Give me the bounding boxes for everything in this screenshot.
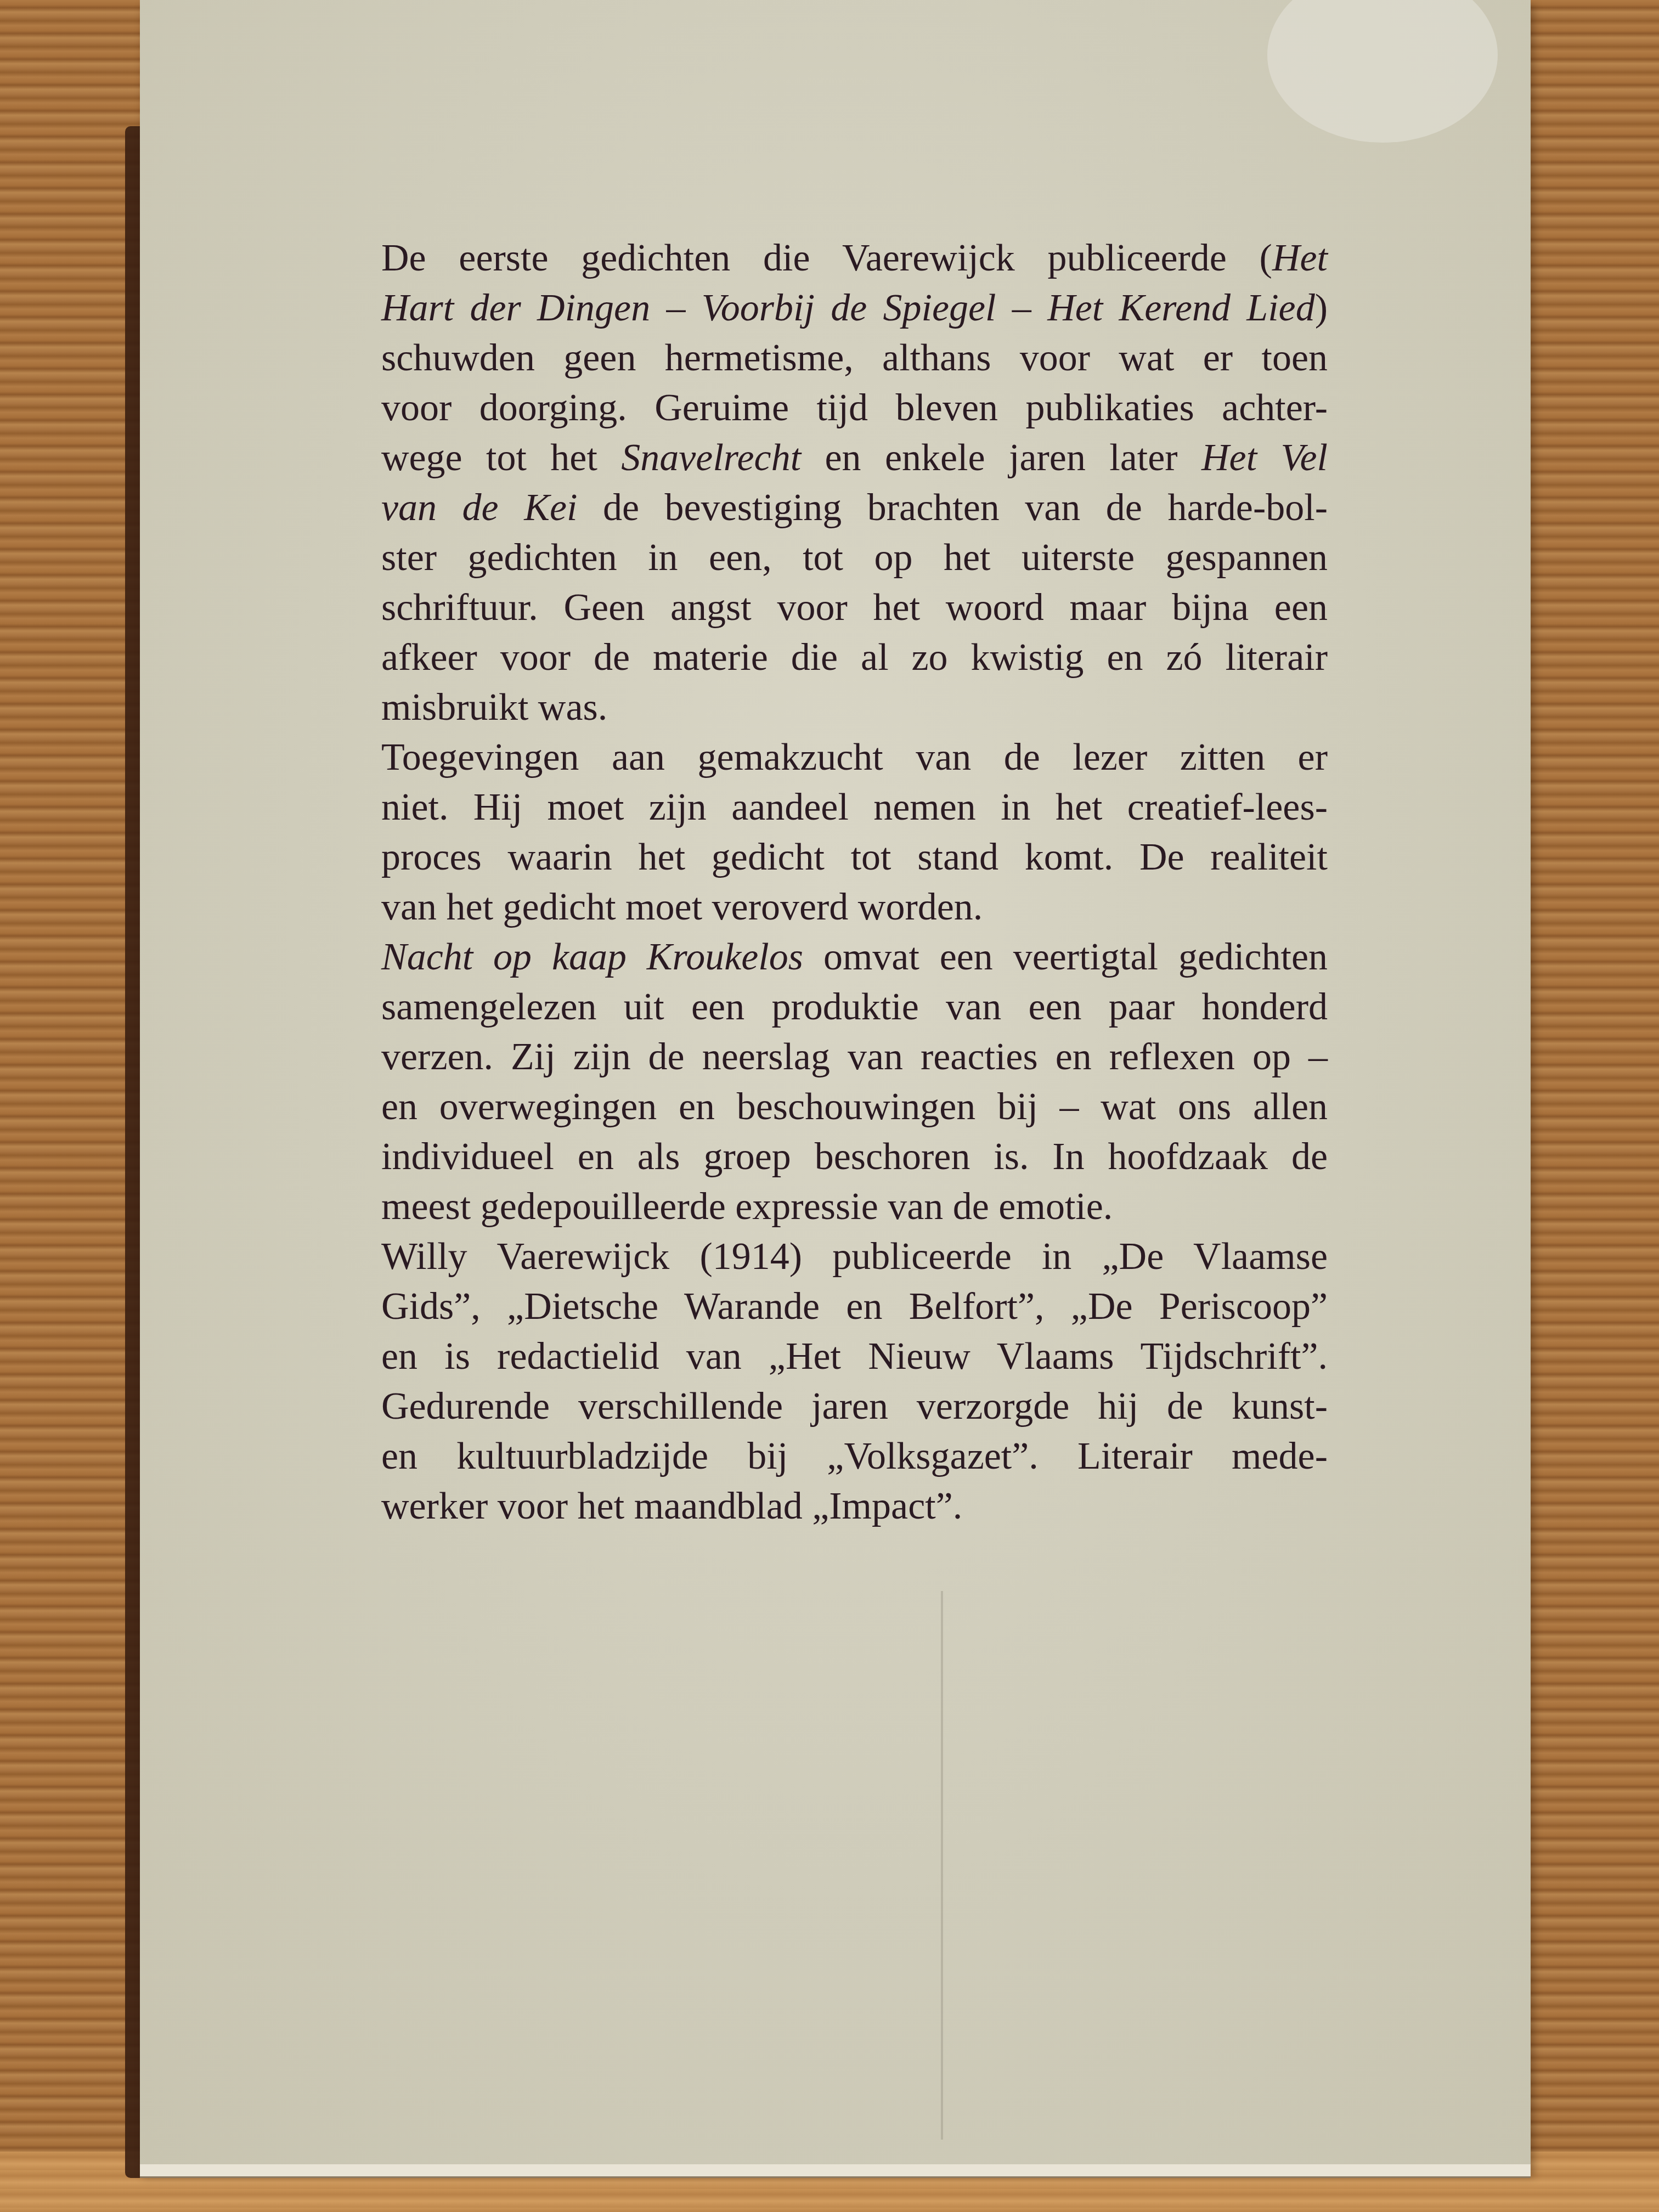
blurb-line: afkeer voor de materie die al zo kwistig… (381, 633, 1328, 682)
blurb-line: Gedurende verschillende jaren verzorgde … (381, 1381, 1328, 1431)
blurb-line: ster gedichten in een, tot op het uiters… (381, 533, 1328, 583)
blurb-line: schriftuur. Geen angst voor het woord ma… (381, 583, 1328, 633)
blurb-line: en overwegingen en beschouwingen bij – w… (381, 1082, 1328, 1132)
blurb-line: Gids”, „Dietsche Warande en Belfort”, „D… (381, 1282, 1328, 1331)
cover-crease (941, 1591, 943, 2140)
book-bottom-edge (140, 2164, 1531, 2178)
blurb-line: Willy Vaerewijck (1914) publiceerde in „… (381, 1232, 1328, 1282)
blurb-line: proces waarin het gedicht tot stand komt… (381, 832, 1328, 882)
blurb-line: verzen. Zij zijn de neerslag van reactie… (381, 1032, 1328, 1082)
blurb-line: van de Kei de bevestiging brachten van d… (381, 483, 1328, 533)
blurb-line: schuwden geen hermetisme, althans voor w… (381, 333, 1328, 383)
blurb-line: van het gedicht moet veroverd worden. (381, 882, 1328, 932)
blurb-line: en is redactielid van „Het Nieuw Vlaams … (381, 1331, 1328, 1381)
back-cover-blurb: De eerste gedichten die Vaerewijck publi… (381, 233, 1328, 1531)
blurb-line: misbruikt was. (381, 682, 1328, 732)
blurb-line: Nacht op kaap Kroukelos omvat een veerti… (381, 932, 1328, 982)
book-spine-shadow (125, 126, 142, 2178)
blurb-line: De eerste gedichten die Vaerewijck publi… (381, 233, 1328, 283)
blurb-line: samengelezen uit een produktie van een p… (381, 982, 1328, 1032)
blurb-line: meest gedepouilleerde expressie van de e… (381, 1182, 1328, 1232)
blurb-line: Toegevingen aan gemakzucht van de lezer … (381, 732, 1328, 782)
blurb-line: individueel en als groep beschoren is. I… (381, 1132, 1328, 1182)
blurb-line: niet. Hij moet zijn aandeel nemen in het… (381, 782, 1328, 832)
blurb-line: werker voor het maandblad „Impact”. (381, 1481, 1328, 1531)
blurb-line: voor doorging. Geruime tijd bleven publi… (381, 383, 1328, 433)
blurb-line: en kultuurbladzijde bij „Volksgazet”. Li… (381, 1431, 1328, 1481)
blurb-line: Hart der Dingen – Voorbij de Spiegel – H… (381, 283, 1328, 333)
blurb-line: wege tot het Snavelrecht en enkele jaren… (381, 433, 1328, 483)
